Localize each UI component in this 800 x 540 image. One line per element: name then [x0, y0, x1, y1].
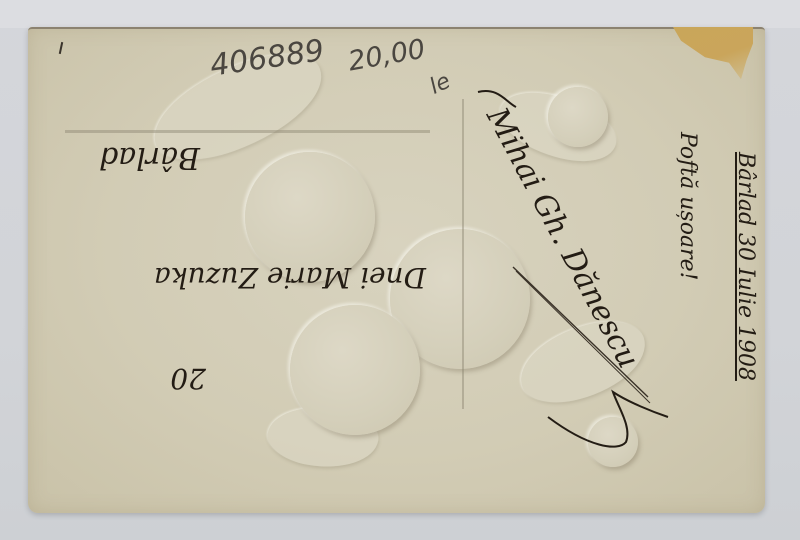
pencil-tick-mark: [59, 42, 63, 54]
background-wall: [0, 0, 800, 28]
emboss-bud: [588, 417, 638, 467]
emboss-bud: [548, 87, 608, 147]
pencil-initial: le: [426, 69, 454, 100]
aging-stain: [673, 27, 753, 82]
price-mark: 20,00: [346, 34, 428, 78]
divider-line: [462, 99, 464, 409]
pencil-note: 20: [170, 362, 206, 395]
recipient-city: Bârlad: [99, 140, 200, 175]
greeting: Poftă ușoare!: [675, 132, 700, 280]
recipient-name: Dnei Marie Zuzuka: [154, 261, 426, 294]
place-date: Bârlad 30 Iulie 1908: [733, 152, 758, 381]
emboss-flower: [290, 305, 420, 435]
address-line: [65, 130, 430, 133]
postcard-back: 406889 20,00 le Bârlad 30 Iulie 1908 Pof…: [28, 27, 765, 513]
